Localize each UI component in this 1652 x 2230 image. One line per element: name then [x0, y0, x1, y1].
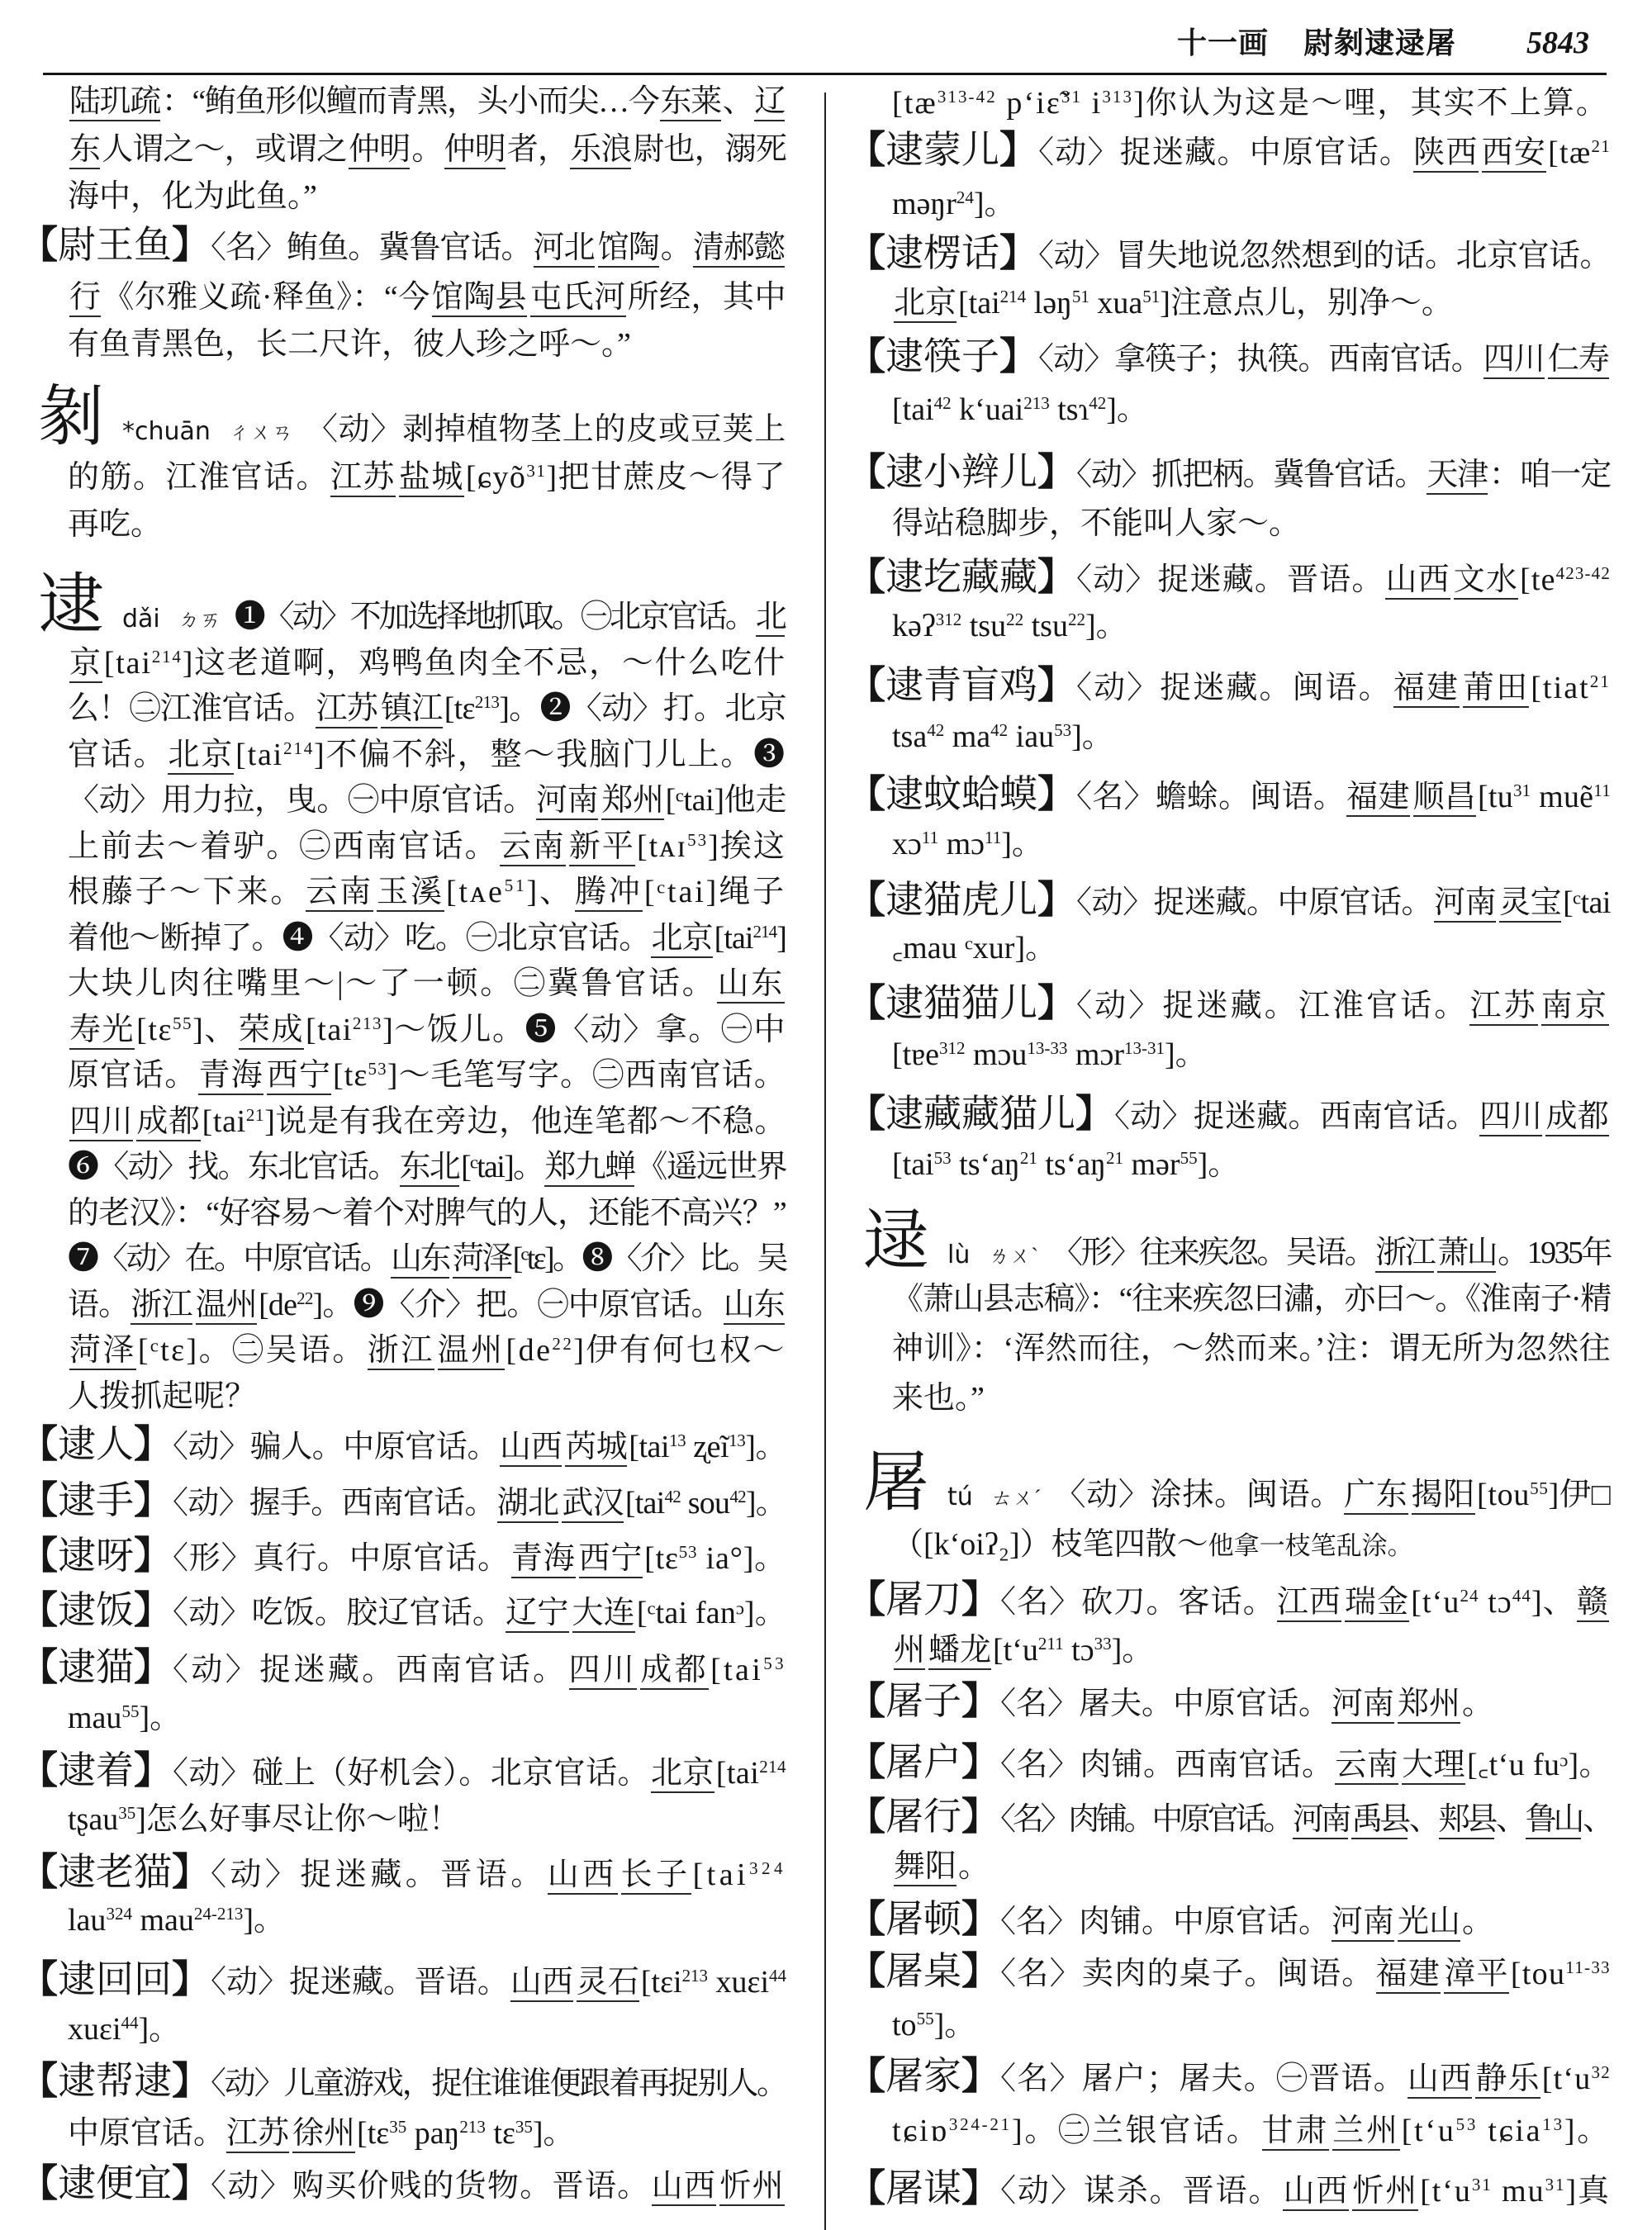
tone-number: 42 [927, 720, 944, 740]
entry-line: 陆玑疏：“鲔鱼形似鳣而青黑，头小而尖…今东莱、辽 [68, 78, 786, 125]
line-text: 〈动〉捉迷藏。晋语。山西长子[tai324 [195, 1858, 786, 1892]
place-name: 青海 [511, 1541, 576, 1578]
tone-number: 31 [1472, 2175, 1493, 2194]
line-text: 《萧山县志稿》：“往来疾忽曰潚，亦曰～。《淮南子·精 [892, 1282, 1611, 1317]
tone-number: 22 [552, 1334, 573, 1354]
line-text: 北京[tai214 ləŋ51 xua51]注意点儿，别净～。 [892, 286, 1453, 320]
open-bracket: 【 [847, 1741, 885, 1783]
place-name: 四川 [569, 1653, 638, 1690]
entry-line: 东人谓之～，或谓之仲明。仲明者，乐浪尉也，溺死 [68, 126, 786, 173]
tone-number: 55 [1530, 1478, 1548, 1498]
place-name: 郏县 [1439, 1802, 1494, 1839]
place-name: 北京 [651, 921, 712, 958]
entry-line: 官话。北京[tai214]不偏不斜，整～我脑门儿上。❸ [68, 732, 786, 778]
entry-line: tɕiɒ324-21]。㊁兰银官话。甘肃兰州[t‘u53 tɕia13]。 [892, 2108, 1611, 2154]
line-text: xuɛi44]。 [68, 2012, 180, 2047]
tone-number: 213 [1023, 393, 1050, 413]
line-text: 〈动〉吃饭。胶辽官话。辽宁大连[ᶜtai fanᵓ]。 [157, 1596, 786, 1630]
tone-number: 51 [1072, 287, 1089, 306]
place-name: 天津 [1427, 458, 1488, 495]
line-text: 〈名〉肉铺。西南官话。云南大理[꜀t‘u fuᵓ]。 [985, 1748, 1611, 1782]
headword-char: 逯 [863, 1205, 929, 1278]
place-name: 漳平 [1444, 1957, 1509, 1994]
entry-line: lau324 mau24-213]。 [68, 1897, 786, 1943]
line-text: 官话。北京[tai214]不偏不斜，整～我脑门儿上。❸ [68, 738, 786, 772]
entry-line: 菏泽[ᶜtɛ]。㊁吴语。浙江温州[de22]伊有何乜权～ [68, 1327, 786, 1374]
open-bracket: 【 [847, 879, 885, 921]
place-name: 京 [69, 646, 102, 683]
place-name: 浙江 [131, 1288, 192, 1325]
line-text: 〈动〉碰上（好机会）。北京官话。北京[tai214 [157, 1756, 786, 1791]
entry-line: 【逮猫猫儿】〈动〉捉迷藏。江淮官话。江苏南京 [862, 983, 1611, 1029]
zhuyin: ㄔㄨㄢ [229, 420, 293, 444]
entry-headword: 【逮回回】 [35, 1958, 195, 2000]
place-name: 武汉 [562, 1486, 624, 1523]
place-name: 揭阳 [1412, 1478, 1475, 1515]
entry-line: 【逮藏藏猫儿】〈动〉捉迷藏。西南官话。四川成都 [862, 1094, 1611, 1140]
place-name: 河南 [1434, 885, 1496, 923]
entry-line: 【逮圪藏藏】〈动〉捉迷藏。晋语。山西文水[te423-42 [862, 557, 1611, 603]
open-bracket: 【 [847, 1093, 885, 1135]
place-name: 山西 [500, 1430, 562, 1467]
place-name: 山西 [652, 2169, 717, 2206]
tone-number: 324 [106, 1904, 132, 1924]
tone-number: 213 [353, 1013, 382, 1033]
entry-line: 有鱼青黑色，长二尺许，彼人珍之呼～。” [68, 321, 786, 368]
line-text: mau55]。 [68, 1701, 181, 1735]
tone-number: 13 [1542, 2114, 1564, 2134]
place-name: 江苏 [316, 691, 377, 728]
tone-number: 24 [957, 187, 974, 207]
line-text: （[k‘oiʔ₂]）枝笔四散～他拿一枝笔乱涂。 [892, 1527, 1413, 1562]
tone-number: 55 [1180, 1148, 1198, 1168]
tone-number: 214 [1000, 287, 1027, 306]
line-text: 大块儿肉往嘴里～|～了一顿。㊁冀鲁官话。山东 [68, 966, 786, 1001]
line-text: 的筋。江淮官话。江苏盐城[ɕyõ31]把甘蔗皮～得了 [68, 460, 786, 495]
place-name: 青海 [198, 1058, 263, 1095]
entry-line: 剶*chuānㄔㄨㄢ〈动〉剥掉植物茎上的皮或豆荚上 [38, 406, 786, 453]
place-name: 蟠龙 [928, 1633, 991, 1670]
entry-line: 【屠户】〈名〉肉铺。西南官话。云南大理[꜀t‘u fuᵓ]。 [862, 1742, 1611, 1788]
tone-number: 324 [749, 1858, 786, 1878]
place-name: 灵宝 [1499, 885, 1561, 923]
line-text: ꜀mau ᶜxur]。 [892, 931, 1056, 966]
place-name: 成都 [1545, 1099, 1609, 1136]
dictionary-page: 十一画 尉剶逮逯屠 5843 陆玑疏：“鲔鱼形似鳣而青黑，头小而尖…今东莱、辽 … [0, 0, 1652, 2230]
place-name: 河北 [534, 230, 595, 268]
open-bracket: 【 [20, 1535, 58, 1577]
place-name: 仲明 [444, 132, 506, 169]
tone-number: 213 [475, 692, 499, 712]
place-name: 山西 [510, 1965, 573, 2002]
pinyin: dǎi [122, 605, 160, 633]
entry-line: 州蟠龙[t‘u211 tɔ33]。 [892, 1627, 1611, 1673]
line-text: [tai53 ts‘aŋ21 ts‘aŋ21 mər55]。 [892, 1147, 1239, 1182]
entry-line: 的老汉》：“好容易～着个对脾气的人，还能不高兴？” [68, 1190, 786, 1236]
entry-line: to55]。 [892, 2002, 1611, 2048]
line-text: 再吃。 [68, 507, 162, 542]
line-text: 得站稳脚步，不能叫人家～。 [892, 506, 1300, 541]
tone-number: 21 [1020, 1148, 1037, 1168]
place-name: 江苏 [226, 2116, 289, 2153]
line-text: 〈动〉捉迷藏。中原官话。河南灵宝[ᶜtai [1061, 885, 1611, 920]
entry-headword: 【屠行】 [862, 1796, 985, 1838]
line-text: ❼〈动〉在。中原官话。山东菏泽[ᶜtɛ]。❽〈介〉比。吴 [68, 1241, 786, 1276]
open-bracket: 【 [20, 1646, 58, 1688]
place-name: 乐浪 [570, 132, 631, 169]
line-text: ❶〈动〉不加选择地抓取。㊀北京官话。北 [235, 600, 786, 634]
entry-line: 根藤子～下来。云南玉溪[tᴀe51]、腾冲[ᶜtai]绳子 [68, 869, 786, 915]
tone-number: 21 [1590, 671, 1611, 691]
entry-line: 【屠顿】〈名〉肉铺。中原官话。河南光山。 [862, 1899, 1611, 1945]
place-name: 河南 [536, 783, 598, 820]
line-text: 〈动〉握手。西南官话。湖北武汉[tai42 sou42]。 [157, 1486, 786, 1521]
entry-line: 【逮猫】〈动〉捉迷藏。西南官话。四川成都[tai53 [35, 1647, 786, 1693]
place-name: 瑞金 [1345, 1585, 1409, 1622]
tone-number: 53 [687, 830, 708, 850]
entry-line: 舞阳。 [892, 1843, 1611, 1890]
line-text: kəʔ312 tsu22 tsu22]。 [892, 609, 1127, 643]
place-name: 行 [69, 280, 101, 317]
line-text: 寿光[tɛ55]、荣成[tai213]～饭儿。❺〈动〉拿。㊀中 [68, 1013, 786, 1047]
line-text: 来也。” [892, 1381, 985, 1416]
line-text: 〈名〉肉铺。中原官话。河南禹县、郏县、鲁山、 [985, 1802, 1611, 1837]
line-text: 原官话。青海西宁[tɛ53]～毛笔写字。㊁西南官话。 [68, 1058, 786, 1093]
entry-line: 《萧山县志稿》：“往来疾忽曰潚，亦曰～。《淮南子·精 [892, 1276, 1611, 1322]
line-text: 〈动〉剥掉植物茎上的皮或豆荚上 [306, 412, 786, 447]
place-name: 盐城 [399, 460, 464, 497]
place-name: 莆田 [1463, 671, 1529, 708]
tone-number: 31 [1513, 780, 1531, 800]
place-name: 忻州 [1352, 2174, 1418, 2211]
line-text: 〈动〉捉迷藏。闽语。福建莆田[tiat21 [1061, 671, 1611, 705]
tone-number: 214 [753, 922, 777, 942]
line-text: 〈动〉捉迷藏。中原官话。陕西西安[tæ21 [1023, 135, 1611, 170]
place-name: 馆陶县 [432, 280, 527, 317]
tone-number: 11 [985, 828, 1001, 847]
line-text: 陆玑疏：“鲔鱼形似鳣而青黑，头小而尖…今东莱、辽 [68, 84, 786, 119]
open-bracket: 【 [847, 1680, 885, 1722]
tone-number: 32 [1592, 2062, 1611, 2082]
tone-number: 313-42 [938, 87, 997, 107]
place-name: 大连 [572, 1596, 635, 1633]
open-bracket: 【 [20, 1851, 58, 1893]
entry-line: 再吃。 [68, 501, 786, 548]
open-bracket: 【 [847, 1898, 885, 1940]
open-bracket: 【 [847, 129, 885, 171]
line-text: tɕiɒ324-21]。㊁兰银官话。甘肃兰州[t‘u53 tɕia13]。 [892, 2114, 1611, 2148]
tone-number: 44 [769, 1966, 786, 1986]
entry-line: 【逮手】〈动〉握手。西南官话。湖北武汉[tai42 sou42]。 [35, 1480, 786, 1526]
tone-number: 13-33 [1027, 1038, 1067, 1058]
entry-line: xuɛi44]。 [68, 2006, 786, 2052]
tone-number: 42 [729, 1487, 746, 1506]
tone-number: 11-33 [1565, 1957, 1611, 1977]
entry-line: 行《尔雅义疏·释鱼》：“今馆陶县屯氏河所经，其中 [68, 274, 786, 320]
tone-number: 35 [118, 1803, 135, 1823]
tone-number: 312 [939, 1038, 966, 1058]
place-name: 浙江 [368, 1333, 434, 1370]
place-name: 山东 [391, 1241, 449, 1279]
open-bracket: 【 [847, 2055, 885, 2097]
entry-line: 【尉王鱼】〈名〉鲔鱼。冀鲁官话。河北馆陶。清郝懿 [35, 225, 786, 271]
place-name: 山西 [1283, 2174, 1349, 2211]
entry-line: 【逮便宜】〈动〉购买价贱的货物。晋语。山西忻州 [35, 2163, 786, 2209]
line-text: 东人谓之～，或谓之仲明。仲明者，乐浪尉也，溺死 [68, 132, 786, 167]
tone-number: 31 [526, 461, 546, 481]
entry-line: 来也。” [892, 1375, 1611, 1421]
place-name: 云南 [306, 875, 373, 912]
entry-headword: 【屠顿】 [862, 1898, 985, 1940]
place-name: 郑州 [601, 783, 663, 820]
entry-line: 原官话。青海西宁[tɛ53]～毛笔写字。㊁西南官话。 [68, 1052, 786, 1098]
zhuyin: ㄊㄨˊ [991, 1486, 1042, 1510]
entry-headword: 【屠子】 [862, 1680, 985, 1722]
line-text: xɔ11 mɔ11]。 [892, 827, 1043, 861]
entry-line: 【屠行】〈名〉肉铺。中原官话。河南禹县、郏县、鲁山、 [862, 1796, 1611, 1843]
line-text: lau324 mau24-213]。 [68, 1903, 285, 1938]
tone-number: 21 [1591, 136, 1611, 156]
entry-headword: 【逮帮逮】 [35, 2060, 195, 2102]
line-text: 〈名〉砍刀。客话。江西瑞金[t‘u24 tɔ44]、赣 [985, 1585, 1611, 1620]
place-name: 浙江 [1375, 1236, 1434, 1273]
open-bracket: 【 [20, 2060, 58, 2102]
line-text: 〈名〉卖肉的桌子。闽语。福建漳平[tou11-33 [985, 1957, 1611, 1991]
line-text: 〈动〉骗人。中原官话。山西芮城[tai13 ʐeĩ13]。 [157, 1430, 786, 1464]
open-bracket: 【 [20, 1749, 58, 1791]
entry-line: 【屠刀】〈名〉砍刀。客话。江西瑞金[t‘u24 tɔ44]、赣 [862, 1579, 1611, 1625]
place-name: 甘肃 [1262, 2114, 1330, 2151]
entry-line: 【逮青盲鸡】〈动〉捉迷藏。闽语。福建莆田[tiat21 [862, 665, 1611, 711]
line-text: 语。浙江温州[de22]。❾〈介〉把。㊀中原官话。山东 [68, 1288, 786, 1322]
entry-line: 逮dǎiㄉㄞ❶〈动〉不加选择地抓取。㊀北京官话。北 [38, 594, 786, 640]
place-name: 萧山 [1437, 1236, 1496, 1273]
line-text: tʂau35]怎么好事尽让你～啦！ [68, 1802, 460, 1837]
place-name: 福建 [1376, 1957, 1441, 1994]
place-name: 仁寿 [1548, 342, 1609, 379]
place-name: 云南 [500, 829, 566, 866]
entry-headword: 【逮筷子】 [862, 335, 1023, 377]
tone-number: 55 [173, 1013, 192, 1033]
place-name: 四川 [69, 1104, 133, 1141]
line-text: 〈形〉往来疾忽。吴语。浙江萧山。1935年 [1051, 1236, 1611, 1270]
tone-number: 53 [763, 1654, 786, 1673]
entry-line: 【逮人】〈动〉骗人。中原官话。山西芮城[tai13 ʐeĩ13]。 [35, 1424, 786, 1470]
header-rule [43, 73, 1607, 75]
place-name: 屯氏河 [530, 280, 625, 317]
entry-line: ꜀mau ᶜxur]。 [892, 925, 1611, 971]
entry-headword: 【逮猫】 [35, 1646, 157, 1688]
entry-headword: 【逮饭】 [35, 1589, 157, 1631]
place-name: 福建 [1393, 671, 1460, 708]
entry-headword: 【逮人】 [35, 1423, 157, 1465]
line-text: 上前去～着驴。㊁西南官话。云南新平[tᴀɪ53]挨这 [68, 829, 786, 864]
open-bracket: 【 [847, 1796, 885, 1838]
tone-number: 211 [1038, 1634, 1064, 1654]
entry-headword: 【屠户】 [862, 1741, 985, 1783]
tone-number: 53 [934, 1148, 952, 1168]
line-text: [tai42 k‘uai213 tsɿ42]。 [892, 392, 1148, 427]
line-text: 州蟠龙[t‘u211 tɔ33]。 [892, 1633, 1153, 1668]
entry-line: [tɐe312 mɔu13-33 mɔr13-31]。 [892, 1032, 1611, 1078]
entry-headword: 【屠谋】 [862, 2167, 985, 2209]
place-name: 广东 [1344, 1478, 1408, 1515]
place-name: 镇江 [381, 691, 443, 728]
place-name: 郑九蝉 [544, 1150, 634, 1187]
entry-line: 【逮呀】〈形〉真行。中原官话。青海西宁[tɛ53 ia°]。 [35, 1535, 786, 1582]
entry-line: 逯lùㄌㄨˋ〈形〉往来疾忽。吴语。浙江萧山。1935年 [863, 1230, 1611, 1276]
tone-number: 22 [1068, 610, 1085, 629]
entry-line: 语。浙江温州[de22]。❾〈介〉把。㊀中原官话。山东 [68, 1282, 786, 1328]
line-text: 神训》：‘浑然而往，～然而来。’注：谓无所为忽然往 [892, 1331, 1611, 1366]
entry-line: 【逮猫虎儿】〈动〉捉迷藏。中原官话。河南灵宝[ᶜtai [862, 880, 1611, 926]
pinyin: *chuān [122, 417, 211, 446]
entry-line: 【逮帮逮】〈动〉儿童游戏，捉住谁谁便跟着再捉别人。 [35, 2061, 786, 2107]
tone-number: 44 [1512, 1586, 1531, 1606]
place-name: 北 [756, 600, 785, 637]
place-name: 山东 [717, 966, 785, 1003]
entry-line: 【屠家】〈名〉屠户；屠夫。㊀晋语。山西静乐[t‘u32 [862, 2056, 1611, 2102]
place-name: 西宁 [267, 1058, 331, 1095]
open-bracket: 【 [847, 1950, 885, 1992]
entry-line: 中原官话。江苏徐州[tɛ35 paŋ213 tɛ35]。 [68, 2110, 786, 2156]
tone-number: 42 [990, 720, 1008, 740]
line-text: 〈动〉用力拉，曳。㊀中原官话。河南郑州[ᶜtai]他走 [68, 783, 786, 818]
line-text: 〈动〉涂抹。闽语。广东揭阳[tou55]伊□ [1054, 1478, 1611, 1512]
place-name: 大理 [1402, 1748, 1465, 1785]
place-name: 兰州 [1332, 2114, 1400, 2151]
open-bracket: 【 [20, 1958, 58, 2000]
place-name: 温州 [438, 1333, 505, 1370]
tone-number: 24 [1460, 1586, 1479, 1606]
tone-number: 53 [1054, 720, 1071, 740]
entry-line: tsa42 ma42 iau53]。 [892, 714, 1611, 760]
place-name: 文水 [1454, 562, 1518, 600]
entry-line: 【屠桌】〈名〉卖肉的桌子。闽语。福建漳平[tou11-33 [862, 1951, 1611, 1997]
place-name: 长子 [621, 1858, 691, 1895]
entry-line: 【逮蒙儿】〈动〉捉迷藏。中原官话。陕西西安[tæ21 [862, 130, 1611, 176]
tone-number: 213 [682, 1966, 708, 1986]
entry-headword: 【逮老猫】 [35, 1851, 195, 1893]
place-name: 灵石 [577, 1965, 639, 2002]
tone-number: 31 [1545, 2175, 1566, 2194]
entry-line: [tai53 ts‘aŋ21 ts‘aŋ21 mər55]。 [892, 1141, 1611, 1188]
line-text: 京[tai214]这老道啊，鸡鸭鱼肉全不忌，～什么吃什 [68, 646, 786, 681]
line-text: 〈名〉屠夫。中原官话。河南郑州。 [985, 1687, 1493, 1721]
place-name: 河南 [1293, 1802, 1348, 1839]
tone-number: 13 [729, 1431, 745, 1450]
line-text: 〈形〉真行。中原官话。青海西宁[tɛ53 ia°]。 [157, 1541, 786, 1576]
pinyin: lù [947, 1241, 970, 1269]
place-name: 江苏 [1469, 989, 1537, 1026]
line-text: 的老汉》：“好容易～着个对脾气的人，还能不高兴？” [68, 1196, 786, 1231]
tone-number: 313 [1102, 87, 1133, 107]
line-text: 〈动〉购买价贱的货物。晋语。山西忻州 [195, 2169, 786, 2204]
entry-line: 【逮蚊蛤蟆】〈名〉蟾蜍。闽语。福建顺昌[tu31 muẽ11 [862, 774, 1611, 820]
tone-number: 42 [1089, 393, 1106, 413]
line-text: tsa42 ma42 iau53]。 [892, 719, 1113, 754]
entry-line: 京[tai214]这老道啊，鸡鸭鱼肉全不忌，～什么吃什 [68, 640, 786, 686]
open-bracket: 【 [847, 556, 885, 598]
line-text: 〈名〉屠户；屠夫。㊀晋语。山西静乐[t‘u32 [985, 2062, 1611, 2096]
entry-headword: 【逮呀】 [35, 1535, 157, 1577]
tone-number: 11 [1593, 780, 1611, 800]
line-text: [tæ313-42 p‘iɛ̃31 i313]你认为这是～哩，其实不上算。 [892, 86, 1609, 121]
place-name: 江苏 [330, 460, 396, 497]
line-text: [tɐe312 mɔu13-33 mɔr13-31]。 [892, 1037, 1207, 1072]
open-bracket: 【 [847, 232, 885, 274]
stroke-section: 十一画 [1177, 23, 1269, 63]
gloss-translation: 他拿一枝笔乱涂。 [1208, 1531, 1413, 1560]
entry-line: 【逮老猫】〈动〉捉迷藏。晋语。山西长子[tai324 [35, 1852, 786, 1898]
tone-number: 214 [152, 647, 183, 667]
line-text: 根藤子～下来。云南玉溪[tᴀe51]、腾冲[ᶜtai]绳子 [68, 875, 786, 909]
place-name: 忻州 [719, 2169, 785, 2206]
line-text: 〈动〉捉迷藏。晋语。山西灵石[tɛi213 xuɛi44 [195, 1965, 786, 2000]
line-text: 〈动〉拿筷子；执筷。西南官话。四川仁寿 [1023, 342, 1611, 377]
zhuyin: ㄌㄨˋ [988, 1244, 1038, 1268]
open-bracket: 【 [847, 451, 885, 493]
entry-headword: 【逮圪藏藏】 [862, 556, 1061, 598]
place-name: 江西 [1277, 1585, 1341, 1622]
place-name: 玉溪 [377, 875, 444, 912]
open-bracket: 【 [847, 773, 885, 815]
line-text: 有鱼青黑色，长二尺许，彼人珍之呼～。” [68, 327, 631, 362]
tone-number: 13-31 [1124, 1038, 1165, 1058]
place-name: 四川 [1483, 342, 1545, 379]
entry-line: 海中，化为此鱼。” [68, 173, 786, 220]
tone-number: 35 [389, 2117, 406, 2137]
place-name: 辽宁 [506, 1596, 568, 1633]
line-text: 着他～断掉了。❹〈动〉吃。㊀北京官话。北京[tai214] [68, 921, 786, 956]
place-name: 菏泽 [453, 1241, 511, 1279]
place-name: 北京 [651, 1756, 714, 1793]
tone-number: 24-213 [194, 1904, 244, 1924]
entry-line: 屠túㄊㄨˊ〈动〉涂抹。闽语。广东揭阳[tou55]伊□ [863, 1472, 1611, 1518]
place-name: 禹县 [1351, 1802, 1407, 1839]
tone-number: 33 [1094, 1634, 1112, 1654]
entry-line: 【屠子】〈名〉屠夫。中原官话。河南郑州。 [862, 1681, 1611, 1727]
place-name: 西安 [1482, 135, 1547, 173]
place-name: 赣 [1577, 1585, 1609, 1622]
place-name: 徐州 [292, 2116, 355, 2153]
entry-headword: 【逮青盲鸡】 [862, 664, 1061, 706]
tone-number: 22 [297, 1288, 312, 1308]
line-text: 行《尔雅义疏·释鱼》：“今馆陶县屯氏河所经，其中 [68, 280, 786, 315]
open-bracket: 【 [847, 2167, 885, 2209]
tone-number: 42 [664, 1487, 681, 1506]
open-bracket: 【 [847, 335, 885, 377]
entry-line: kəʔ312 tsu22 tsu22]。 [892, 603, 1611, 649]
place-name: 山西 [548, 1858, 618, 1895]
place-name: 成都 [640, 1653, 709, 1690]
place-name: 湖北 [497, 1486, 559, 1523]
entry-headword: 【屠家】 [862, 2055, 985, 2097]
tone-number: 213 [459, 2117, 486, 2137]
place-name: 西宁 [579, 1541, 643, 1578]
place-name: 荣成 [239, 1013, 304, 1050]
tone-number: 214 [759, 1757, 786, 1777]
entry-line: 人拨抓起呢？ [68, 1374, 786, 1420]
entry-line: 的筋。江淮官话。江苏盐城[ɕyõ31]把甘蔗皮～得了 [68, 454, 786, 501]
place-name: 温州 [196, 1288, 257, 1325]
headword-char: 逮 [38, 569, 104, 642]
place-name: 北京 [168, 738, 234, 775]
entry-line: 寿光[tɛ55]、荣成[tai213]～饭儿。❺〈动〉拿。㊀中 [68, 1007, 786, 1053]
headword-char: 剶 [38, 382, 104, 454]
place-name: 河南 [1332, 1687, 1394, 1724]
place-name: 新平 [569, 829, 635, 866]
